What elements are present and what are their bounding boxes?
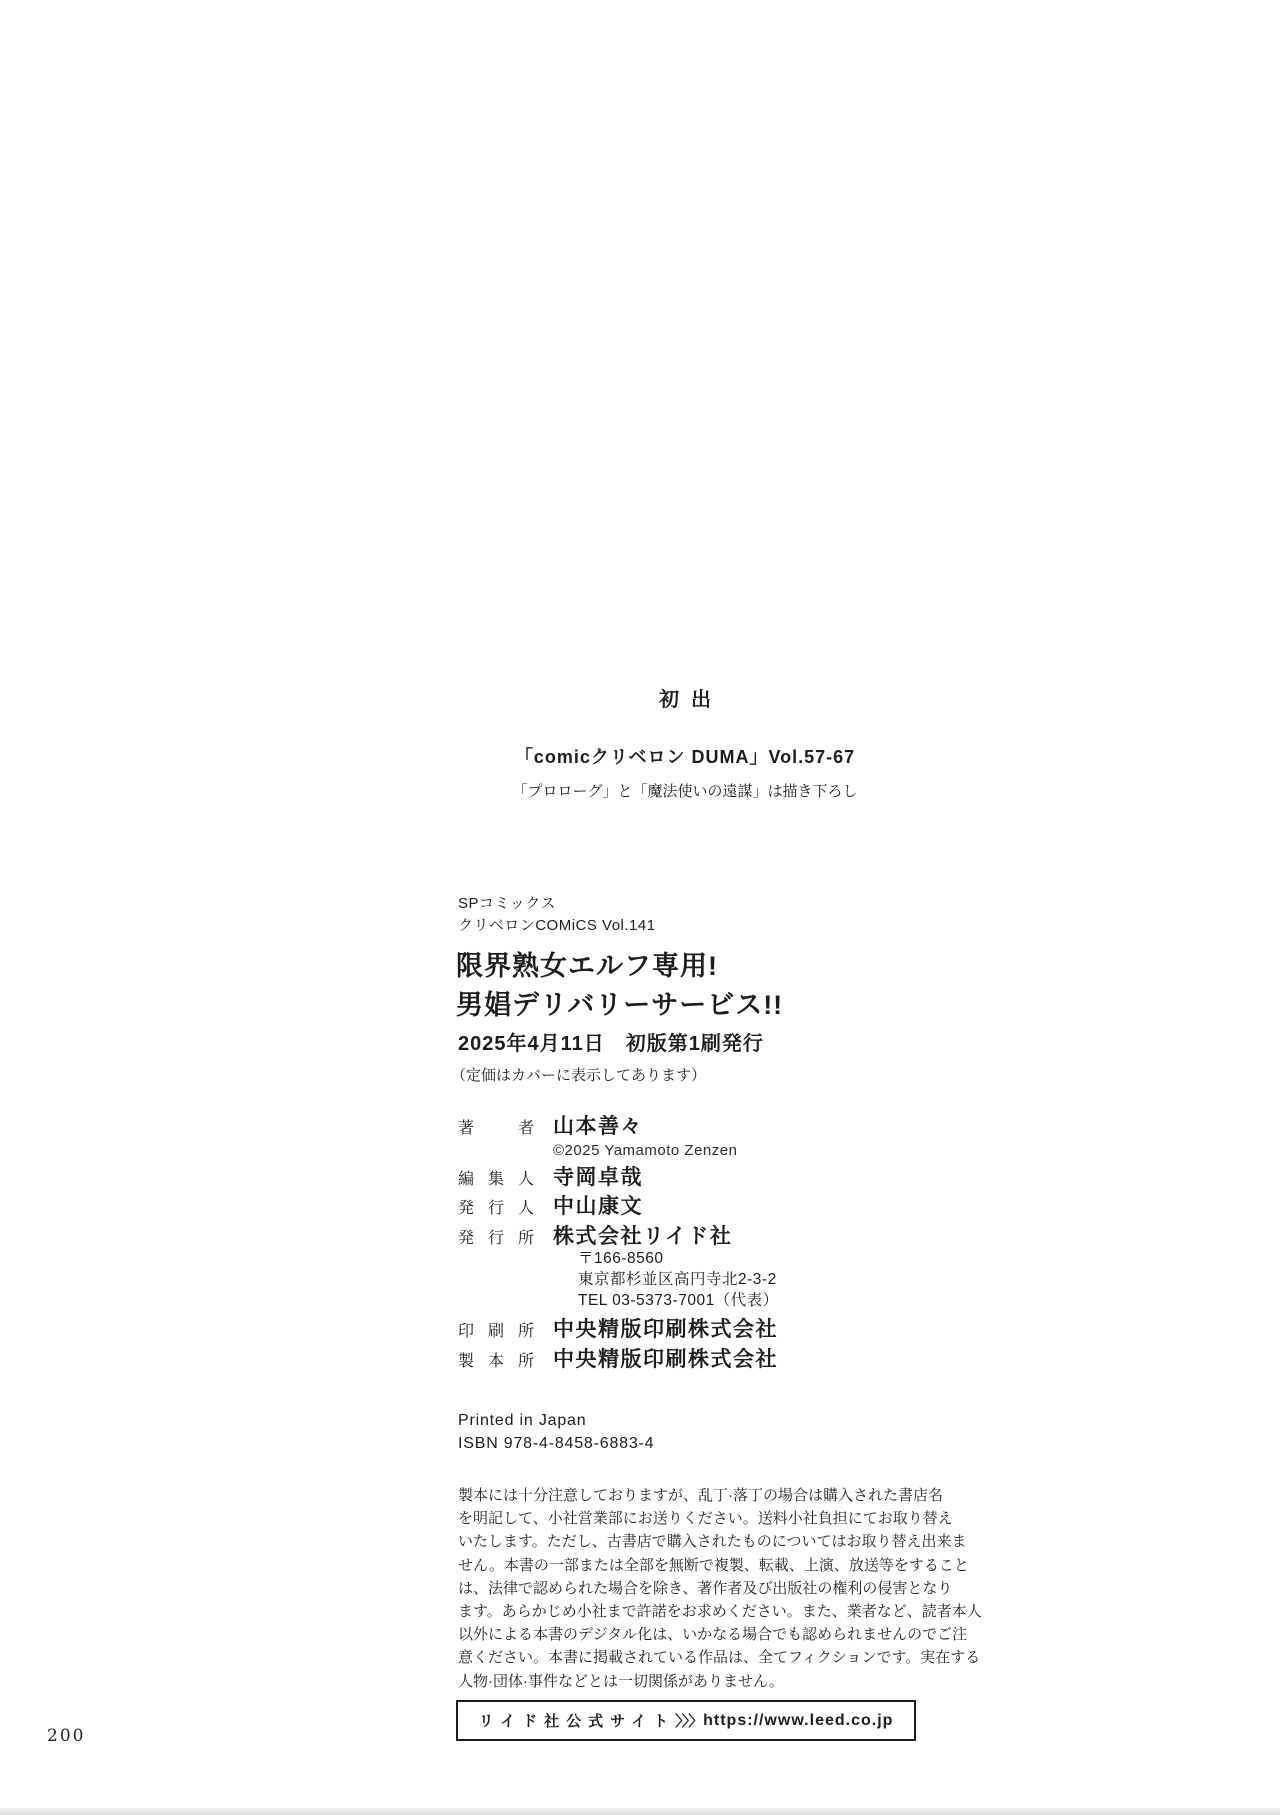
legal-notice: 製本には十分注意しておりますが、乱丁·落丁の場合は購入された書店名 を明記して、…	[458, 1484, 1098, 1693]
series-imprint: SPコミックス	[458, 893, 656, 915]
official-site-label: リイド社公式サイト	[479, 1710, 676, 1731]
colophon-page: 初出 「comicクリベロン DUMA」Vol.57-67 「プロローグ」と「魔…	[0, 0, 1280, 1815]
credit-row-issuer: 発行人 中山康文	[458, 1190, 643, 1220]
series-volume: クリベロンCOMiCS Vol.141	[458, 915, 656, 937]
publisher-telephone: TEL 03-5373-7001（代表）	[578, 1290, 779, 1311]
credit-value-printer: 中央精版印刷株式会社	[553, 1313, 778, 1343]
publisher-address-block: 〒166-8560 東京都杉並区高円寺北2-3-2 TEL 03-5373-70…	[578, 1248, 779, 1311]
credit-row-printer: 印刷所 中央精版印刷株式会社	[458, 1313, 778, 1343]
printed-in-japan: Printed in Japan	[458, 1409, 654, 1432]
publisher-street-address: 東京都杉並区高円寺北2-3-2	[578, 1269, 779, 1290]
series-section: SPコミックス クリベロンCOMiCS Vol.141	[458, 893, 656, 937]
official-site-arrows: 〉〉〉	[675, 1710, 702, 1731]
book-title-line1: 限界熟女エルフ専用!	[456, 947, 783, 986]
official-site-url: https://www.leed.co.jp	[703, 1712, 893, 1730]
book-title-line2: 男娼デリバリーサービス!!	[456, 986, 783, 1025]
edition-date: 2025年4月11日 初版第1刷発行	[458, 1027, 764, 1056]
first-publication-section: 初出 「comicクリベロン DUMA」Vol.57-67 「プロローグ」と「魔…	[430, 683, 940, 801]
page-number: 200	[47, 1726, 85, 1746]
credit-label-editor: 編集人	[458, 1166, 534, 1189]
credit-value-publisher: 株式会社リイド社	[553, 1220, 732, 1250]
credit-row-publisher: 発行所 株式会社リイド社	[458, 1220, 732, 1250]
printing-info: Printed in Japan ISBN 978-4-8458-6883-4	[458, 1409, 654, 1455]
credit-value-editor: 寺岡卓哉	[553, 1161, 643, 1191]
credit-label-issuer: 発行人	[458, 1195, 534, 1218]
copyright-line: ©2025 Yamamoto Zenzen	[553, 1142, 737, 1159]
credit-label-publisher: 発行所	[458, 1225, 534, 1248]
publisher-postal-code: 〒166-8560	[578, 1248, 779, 1269]
page-bottom-edge	[0, 1808, 1280, 1815]
credit-label-author: 著者	[458, 1115, 534, 1138]
credit-row-editor: 編集人 寺岡卓哉	[458, 1161, 643, 1191]
book-title: 限界熟女エルフ専用! 男娼デリバリーサービス!!	[456, 947, 783, 1025]
credit-value-binder: 中央精版印刷株式会社	[553, 1343, 778, 1373]
credit-value-issuer: 中山康文	[553, 1190, 643, 1220]
first-publication-note: 「プロローグ」と「魔法使いの遠謀」は描き下ろし	[430, 780, 940, 801]
first-publication-heading: 初出	[430, 683, 940, 712]
first-publication-source: 「comicクリベロン DUMA」Vol.57-67	[430, 743, 940, 769]
official-site-box: リイド社公式サイト 〉〉〉 https://www.leed.co.jp	[456, 1700, 916, 1741]
credit-row-author: 著者 山本善々	[458, 1110, 643, 1140]
credit-row-binder: 製本所 中央精版印刷株式会社	[458, 1343, 778, 1373]
credit-value-author: 山本善々	[553, 1110, 643, 1140]
isbn-number: ISBN 978-4-8458-6883-4	[458, 1432, 654, 1455]
credit-label-printer: 印刷所	[458, 1318, 534, 1341]
credit-label-binder: 製本所	[458, 1348, 534, 1371]
price-note: （定価はカバーに表示してあります）	[451, 1064, 706, 1085]
